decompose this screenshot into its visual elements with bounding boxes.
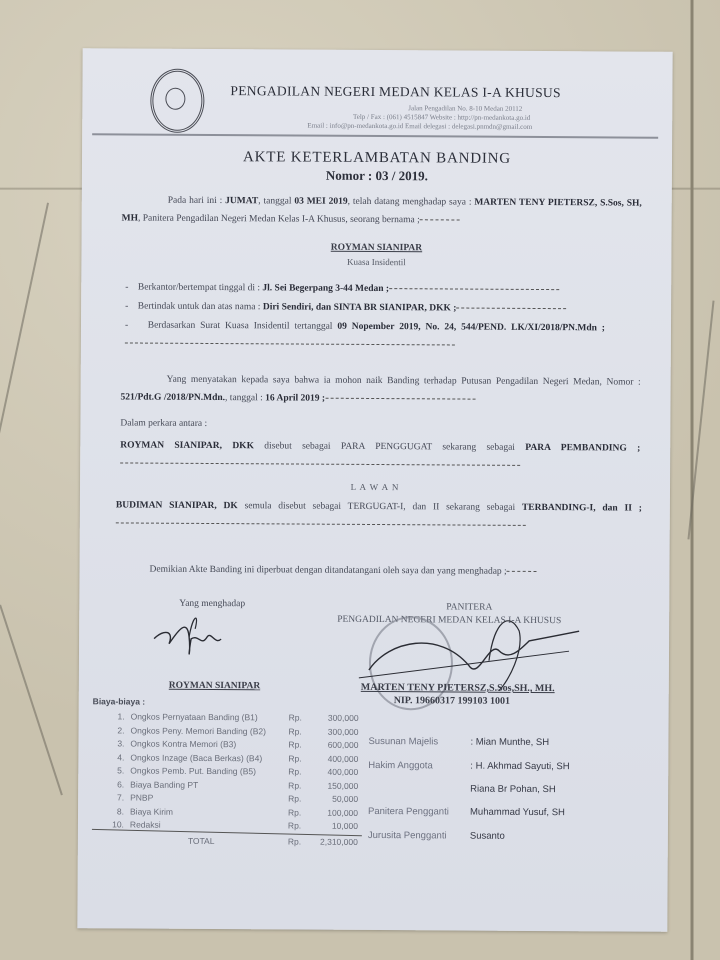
cost-row: 8.Biaya KirimRp.100,000 [98,806,358,821]
detail-power-of-attorney: - Berdasarkan Surat Kuasa Insidentil ter… [125,316,605,355]
panel-role: Jurusita Pengganti [368,830,447,841]
panel-member-name: Susanto [470,831,505,842]
cost-row: 3.Ongkos Kontra Memori (B3)Rp.600,000 [98,738,358,753]
clerk-signature-name: MARTEN TENY PIETERSZ,S.Sos,SH., MH. [361,682,555,694]
document-number: Nomor : 03 / 2019. [82,166,672,186]
party-respondents: BUDIMAN SIANIPAR, DK semula disebut seba… [116,496,642,535]
panel-member-row: Jurusita PenggantiSusanto [368,830,648,846]
panel-member-row: Panitera PenggantiMuhammad Yusuf, SH [368,806,648,822]
document-title: AKTE KETERLAMBATAN BANDING [82,148,672,169]
judicial-panel: Susunan Majelis: Mian Munthe, SHHakim An… [83,48,673,52]
cost-item-number: 5. [110,765,124,775]
cost-item-label: Ongkos Kontra Memori (B3) [130,739,236,750]
cost-currency: Rp. [288,726,301,736]
cost-item-number: 10. [110,819,124,829]
appeal-statement: Yang menyatakan kepada saya bahwa ia moh… [121,370,641,409]
panel-member-row: Susunan Majelis: Mian Munthe, SH [368,736,648,752]
cost-item-amount: 300,000 [328,713,359,723]
cost-item-label: Ongkos Peny. Memori Banding (B2) [130,725,265,736]
panel-member-name: Riana Br Pohan, SH [470,784,556,796]
court-address: Jalan Pengadilan No. 8-10 Medan 20112 [242,103,522,113]
cost-row: 2.Ongkos Peny. Memori Banding (B2)Rp.300… [98,725,358,740]
cost-currency: Rp. [288,780,301,790]
cost-item-label: Biaya Banding PT [130,779,198,789]
cost-item-label: Redaksi [130,820,161,830]
panel-member-name: Muhammad Yusuf, SH [470,807,565,819]
versus-label: L A W A N [80,480,670,494]
cost-currency: Rp. [288,793,301,803]
cost-item-label: Ongkos Inzage (Baca Berkas) (B4) [130,752,262,763]
appellant-name: ROYMAN SIANIPAR [81,241,671,255]
panel-role: Susunan Majelis [368,736,438,747]
panel-member-row: Riana Br Pohan, SH [368,783,648,799]
detail-address: - Berkantor/bertempat tinggal di : Jl. S… [125,278,605,299]
cost-item-number: 7. [110,792,124,802]
cost-total-row: TOTALRp.2,310,000 [98,835,358,850]
cost-item-label: Biaya Kirim [130,806,173,816]
cost-item-amount: 50,000 [332,794,358,804]
between-label: Dalam perkara antara : [120,414,207,433]
intro-paragraph: Pada hari ini : JUMAT, tanggal 03 MEI 20… [122,191,642,230]
costs-heading: Biaya-biaya : [93,696,146,706]
panel-member-name: : Mian Munthe, SH [470,737,549,748]
cost-currency: Rp. [288,807,301,817]
cost-currency: Rp. [288,836,301,846]
floor-crack [0,605,63,796]
court-name: PENGADILAN NEGERI MEDAN KELAS I-A KHUSUS [230,83,560,101]
cost-item-number: 4. [110,752,124,762]
cost-item-amount: 100,000 [327,807,358,817]
appellant-signature [149,609,259,670]
panel-role: Panitera Pengganti [368,806,449,817]
cost-row: 1.Ongkos Pernyataan Banding (B1)Rp.300,0… [99,711,359,726]
floor-crack [0,203,49,458]
cost-item-number: 2. [110,725,124,735]
cost-item-amount: 150,000 [327,780,358,790]
cost-item-amount: 400,000 [328,753,359,763]
appellant-role: Kuasa Insidentil [81,255,671,269]
letterhead-divider [92,133,658,138]
cost-item-label: Ongkos Pemb. Put. Banding (B5) [130,766,256,777]
cost-item-amount: 300,000 [328,726,359,736]
cost-item-number: 1. [111,711,125,721]
panel-member-name: : H. Akhmad Sayuti, SH [470,761,569,773]
cost-item-number: 8. [110,806,124,816]
floor-crack [687,301,714,540]
panel-role: Hakim Anggota [368,760,433,771]
party-appellants: ROYMAN SIANIPAR, DKK disebut sebagai PAR… [120,436,640,475]
cost-item-number: 3. [110,738,124,748]
panel-member-row: Hakim Anggota: H. Akhmad Sayuti, SH [368,760,648,776]
cost-row: 7.PNBPRp.50,000 [98,792,358,807]
cost-item-number: 6. [110,779,124,789]
cost-currency: Rp. [288,766,301,776]
cost-currency: Rp. [289,712,302,722]
court-email: Email : info@pn-medankota.go.id Email de… [232,121,532,131]
cost-currency: Rp. [288,753,301,763]
cost-item-label: PNBP [130,793,153,803]
appellant-signature-name: ROYMAN SIANIPAR [169,677,261,696]
cost-item-amount: 600,000 [328,740,359,750]
cost-item-label: Ongkos Pernyataan Banding (B1) [131,712,258,723]
closing-statement: Demikian Akte Banding ini diperbuat deng… [149,561,609,582]
costs-table: 1.Ongkos Pernyataan Banding (B1)Rp.300,0… [83,48,673,52]
clerk-nip: NIP. 19660317 199103 1001 [394,695,510,707]
cost-total-label: TOTAL [188,835,215,845]
cost-row: 5.Ongkos Pemb. Put. Banding (B5)Rp.400,0… [98,765,358,780]
cost-item-amount: 400,000 [328,767,359,777]
cost-total-amount: 2,310,000 [320,836,358,846]
detail-acting-for: - Bertindak untuk dan atas nama : Diri S… [125,297,605,318]
court-document-paper: PENGADILAN NEGERI MEDAN KELAS I-A KHUSUS… [77,48,672,932]
cost-item-amount: 10,000 [332,821,358,831]
cost-row: 6.Biaya Banding PTRp.150,000 [98,779,358,794]
cost-currency: Rp. [288,820,301,830]
cost-row: 4.Ongkos Inzage (Baca Berkas) (B4)Rp.400… [98,752,358,767]
court-seal-icon [150,69,204,133]
cost-currency: Rp. [288,739,301,749]
